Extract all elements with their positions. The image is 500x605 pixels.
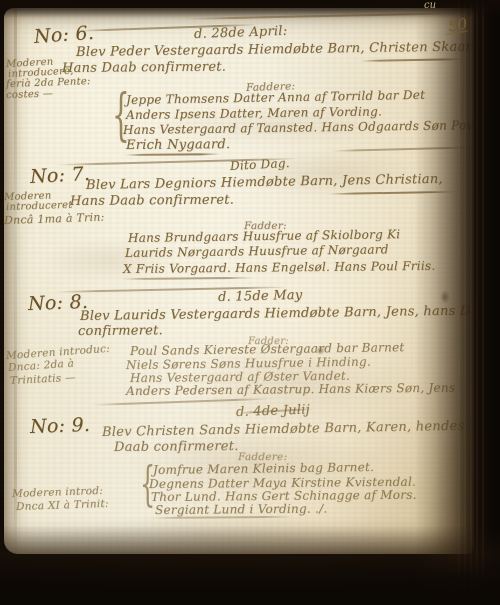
- entry-7-sponsor-line: X Friis Vorgaard. Hans Engelsøl. Hans Po…: [123, 259, 436, 276]
- entry-6-sponsor-line: Erich Nygaard.: [126, 137, 230, 153]
- ink-stain: [64, 513, 364, 554]
- entry-8-body-line: confirmeret.: [78, 323, 163, 339]
- entry-7-body-line: Hans Daab confirmeret.: [70, 193, 234, 209]
- entry-6-body-line: Hans Daab confirmeret.: [62, 60, 226, 76]
- entry-8-sponsor-line: Anders Pedersen af Kaastrup. Hans Kiærs …: [126, 381, 455, 398]
- entry-8-body-line: Blev Laurids Vestergaards Hiemdøbte Barn…: [80, 303, 474, 324]
- entry-7-sponsor-line: Laurids Nørgaards Huusfrue af Nørgaard: [125, 242, 389, 260]
- entry-9-body-line: Daab confirmeret.: [114, 439, 239, 455]
- entry-6-margin-note: costes —: [6, 88, 53, 101]
- entry-6-body-line: Blev Peder Vestergaards Hiemdøbte Barn, …: [76, 39, 474, 60]
- underline-stroke: [151, 516, 293, 519]
- underline-stroke: [124, 153, 220, 155]
- entry-8-date: d. 15de May: [218, 288, 303, 305]
- underline-stroke: [121, 277, 253, 280]
- ink-fleck: [440, 290, 450, 304]
- entry-9-body-line: Blev Christen Sands Hiemdøbte Barn, Kare…: [102, 419, 465, 440]
- entry-7-number: No: 7.: [29, 163, 90, 188]
- separator-stroke: [184, 12, 462, 20]
- entry-8-margin-note: Trinitatis —: [10, 372, 76, 387]
- entry-7-body-line: Blev Lars Degniors Hiemdøbte Barn, Jens …: [86, 172, 443, 193]
- separator-stroke: [332, 146, 472, 152]
- paper-page: No: 6. d. 28de April: Blev Peder Vesterg…: [4, 8, 474, 554]
- underline-stroke: [328, 191, 456, 195]
- entry-9-sponsor-line: Sergiant Lund i Vording. ./.: [155, 501, 328, 517]
- corner-ink-mark: cu: [424, 0, 436, 11]
- church-register-scan: No: 6. d. 28de April: Blev Peder Vesterg…: [0, 0, 500, 605]
- entry-9-number: No: 9.: [30, 414, 91, 438]
- entry-6-date: d. 28de April:: [194, 24, 288, 42]
- entry-7-margin-note: Dncâ 1ma à Trin:: [4, 210, 105, 227]
- underline-stroke: [360, 58, 464, 61]
- entry-7-date: Dito Dag.: [230, 156, 290, 173]
- entry-9-margin-note: Dnca XI à Trinit:: [16, 498, 109, 513]
